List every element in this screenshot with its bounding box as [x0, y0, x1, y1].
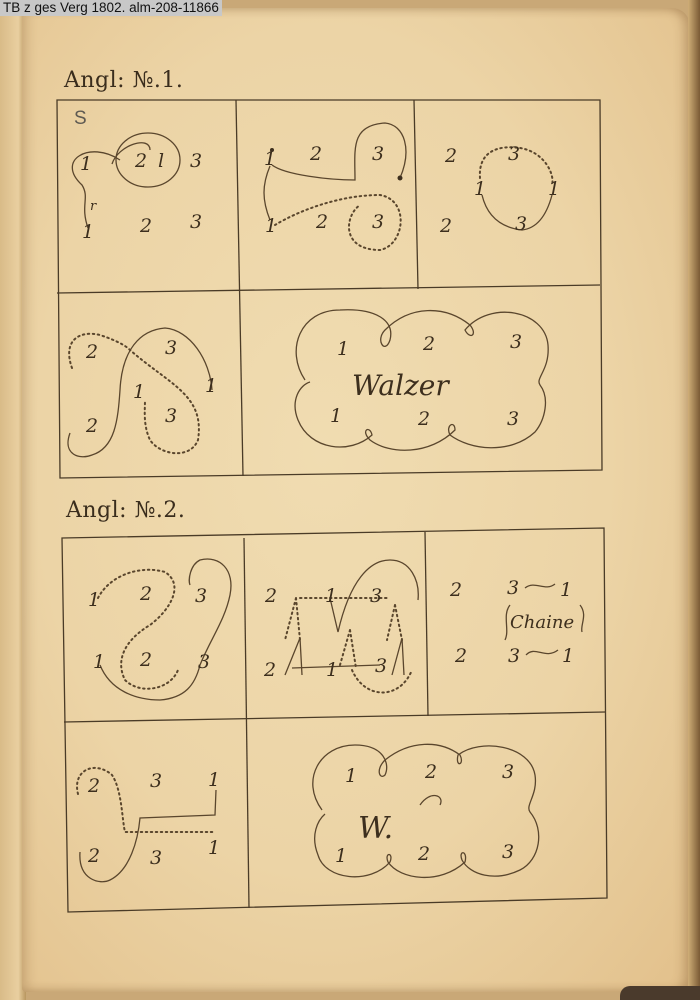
svg-text:1: 1 [326, 659, 338, 681]
figure-2c-chaine: 2 3 1 Chaine 2 3 1 [449, 577, 584, 667]
svg-text:1: 1 [562, 645, 574, 667]
svg-text:3: 3 [370, 585, 382, 607]
svg-text:1: 1 [93, 651, 105, 673]
svg-text:2: 2 [417, 408, 430, 430]
svg-text:1: 1 [337, 338, 349, 360]
figure-2a: 1 2 3 1 2 3 [88, 559, 231, 700]
svg-text:3: 3 [508, 645, 520, 667]
svg-text:2: 2 [87, 775, 100, 797]
svg-text:2: 2 [422, 333, 435, 355]
svg-text:3: 3 [165, 405, 177, 427]
svg-text:2: 2 [263, 659, 276, 681]
svg-text:r: r [90, 199, 97, 214]
figure-1b: 1 2 3 1 2 3 [264, 123, 406, 250]
svg-text:1: 1 [82, 221, 94, 243]
svg-text:3: 3 [190, 150, 202, 172]
svg-text:1: 1 [205, 375, 217, 397]
svg-text:2: 2 [449, 579, 462, 601]
svg-text:1: 1 [335, 845, 347, 867]
svg-text:1: 1 [208, 769, 220, 791]
svg-text:1: 1 [330, 405, 342, 427]
svg-text:3: 3 [502, 841, 514, 863]
svg-text:1: 1 [548, 178, 560, 200]
svg-text:2: 2 [309, 143, 322, 165]
svg-text:2: 2 [85, 415, 98, 437]
svg-text:2: 2 [424, 761, 437, 783]
svg-text:3: 3 [508, 143, 520, 165]
svg-text:3: 3 [502, 761, 514, 783]
svg-text:3: 3 [198, 651, 210, 673]
svg-text:1: 1 [264, 148, 276, 170]
svg-text:1: 1 [325, 585, 337, 607]
svg-text:2: 2 [139, 215, 152, 237]
svg-text:2: 2 [454, 645, 467, 667]
svg-text:2: 2 [134, 150, 147, 172]
figure-2e-w: 1 2 3 W. 1 2 3 [313, 744, 539, 877]
svg-text:3: 3 [190, 211, 202, 233]
svg-text:2: 2 [444, 145, 457, 167]
svg-text:1: 1 [474, 178, 486, 200]
svg-text:3: 3 [195, 585, 207, 607]
svg-text:Chaine: Chaine [510, 612, 574, 633]
figure-1c: 2 3 1 1 2 3 [439, 143, 560, 237]
svg-text:3: 3 [372, 143, 384, 165]
svg-text:2: 2 [139, 583, 152, 605]
svg-text:3: 3 [165, 337, 177, 359]
svg-text:2: 2 [87, 845, 100, 867]
svg-text:l: l [158, 150, 164, 172]
svg-text:2: 2 [85, 341, 98, 363]
svg-text:2: 2 [315, 211, 328, 233]
svg-text:2: 2 [417, 843, 430, 865]
svg-text:3: 3 [372, 211, 384, 233]
figure-2b: 2 1 3 2 1 3 [263, 560, 418, 693]
figure-2d: 2 3 1 2 3 1 [77, 768, 220, 882]
svg-text:3: 3 [375, 655, 387, 677]
image-id-label: TB z ges Verg 1802. alm-208-11866 [0, 0, 222, 16]
svg-text:2: 2 [139, 649, 152, 671]
dance-figures-diagram: 1 2 l 3 r 1 2 3 1 2 3 1 2 3 2 3 1 1 2 3 … [0, 0, 700, 1000]
figure-1e-walzer: 1 2 3 Walzer 1 2 3 [295, 310, 548, 450]
svg-text:3: 3 [507, 408, 519, 430]
svg-text:1: 1 [560, 579, 572, 601]
svg-text:3: 3 [510, 331, 522, 353]
figure-1a: 1 2 l 3 r 1 2 3 [72, 133, 202, 243]
svg-text:2: 2 [439, 215, 452, 237]
svg-text:1: 1 [80, 153, 92, 175]
svg-text:3: 3 [515, 213, 527, 235]
svg-text:2: 2 [264, 585, 277, 607]
svg-text:1: 1 [208, 837, 220, 859]
svg-text:1: 1 [345, 765, 357, 787]
figure-1d: 2 3 1 1 2 3 [68, 328, 217, 457]
svg-text:3: 3 [150, 847, 162, 869]
svg-text:W.: W. [358, 811, 393, 846]
svg-text:Walzer: Walzer [352, 369, 450, 402]
svg-text:1: 1 [133, 381, 145, 403]
svg-text:1: 1 [265, 215, 277, 237]
svg-text:3: 3 [507, 577, 519, 599]
svg-text:3: 3 [150, 770, 162, 792]
svg-text:1: 1 [88, 589, 100, 611]
